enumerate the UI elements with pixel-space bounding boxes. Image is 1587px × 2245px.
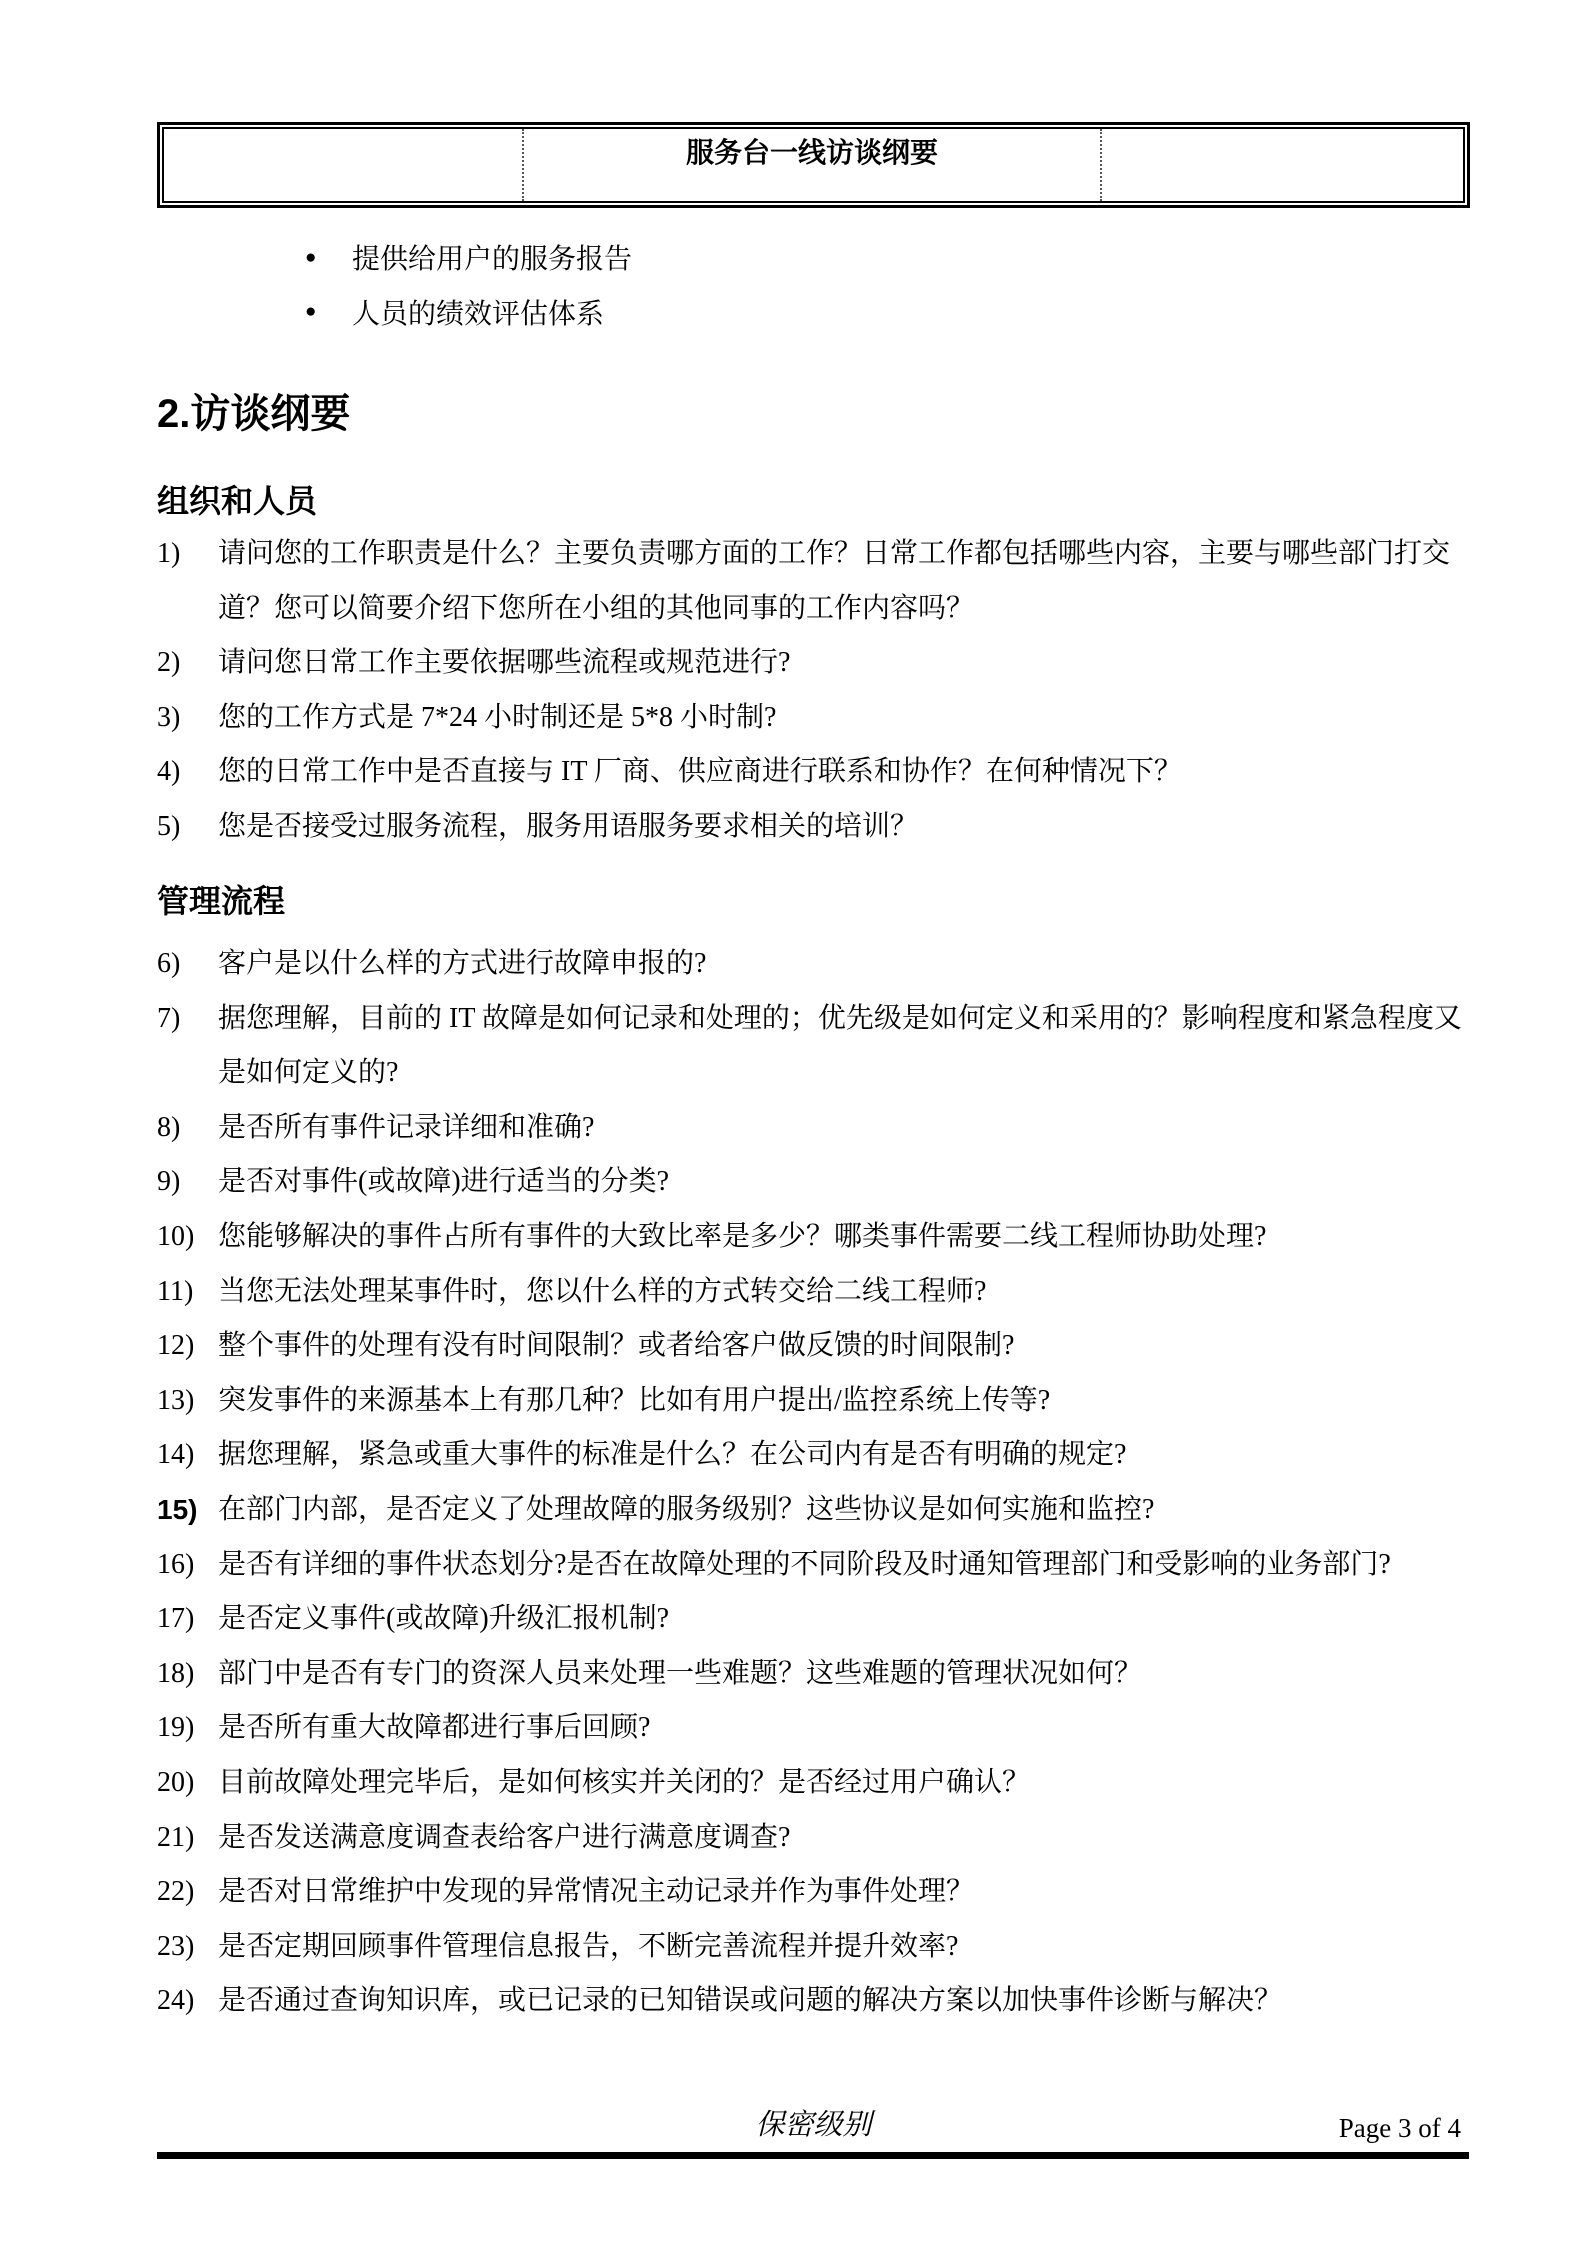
question-text: 在部门内部，是否定义了处理故障的服务级别？这些协议是如何实施和监控?	[218, 1483, 1470, 1538]
question-text: 当您无法处理某事件时，您以什么样的方式转交给二线工程师?	[218, 1265, 1470, 1320]
question-text: 是否定期回顾事件管理信息报告，不断完善流程并提升效率?	[218, 1920, 1470, 1975]
question-item: 11)当您无法处理某事件时，您以什么样的方式转交给二线工程师?	[157, 1265, 1470, 1320]
footer-page-number: Page 3 of 4	[1339, 2114, 1461, 2144]
header-cell-center: 服务台一线访谈纲要	[522, 129, 1102, 201]
question-number: 24)	[157, 1974, 218, 2029]
question-number: 22)	[157, 1865, 218, 1920]
question-item: 14)据您理解，紧急或重大事件的标准是什么？在公司内有是否有明确的规定?	[157, 1428, 1470, 1483]
main-heading: 2.访谈纲要	[157, 392, 350, 436]
subsection-heading-organization: 组织和人员	[157, 484, 317, 519]
question-list-process: 6)客户是以什么样的方式进行故障申报的?7)据您理解，目前的 IT 故障是如何记…	[157, 937, 1470, 2029]
header-table: 服务台一线访谈纲要	[157, 122, 1470, 208]
question-item: 3)您的工作方式是 7*24 小时制还是 5*8 小时制?	[157, 691, 1470, 746]
question-text: 客户是以什么样的方式进行故障申报的?	[218, 937, 1470, 992]
question-number: 3)	[157, 691, 218, 746]
question-item: 6)客户是以什么样的方式进行故障申报的?	[157, 937, 1470, 992]
question-item: 10)您能够解决的事件占所有事件的大致比率是多少？哪类事件需要二线工程师协助处理…	[157, 1210, 1470, 1265]
document-title: 服务台一线访谈纲要	[524, 129, 1100, 169]
bullet-list: ●提供给用户的服务报告●人员的绩效评估体系	[305, 230, 632, 339]
question-item: 9)是否对事件(或故障)进行适当的分类?	[157, 1155, 1470, 1210]
question-text: 是否有详细的事件状态划分?是否在故障处理的不同阶段及时通知管理部门和受影响的业务…	[218, 1538, 1470, 1593]
question-number: 20)	[157, 1756, 218, 1811]
question-text: 是否所有重大故障都进行事后回顾?	[218, 1701, 1470, 1756]
question-number: 23)	[157, 1920, 218, 1975]
bullet-icon: ●	[305, 302, 352, 321]
question-text: 您的日常工作中是否直接与 IT 厂商、供应商进行联系和协作？在何种情况下？	[218, 745, 1470, 800]
question-item: 17)是否定义事件(或故障)升级汇报机制?	[157, 1592, 1470, 1647]
question-text: 您是否接受过服务流程，服务用语服务要求相关的培训？	[218, 800, 1470, 855]
question-item: 4)您的日常工作中是否直接与 IT 厂商、供应商进行联系和协作？在何种情况下？	[157, 745, 1470, 800]
header-table-inner: 服务台一线访谈纲要	[162, 127, 1465, 203]
header-cell-right	[1102, 129, 1463, 201]
subsection-heading-process: 管理流程	[157, 884, 285, 919]
question-text: 部门中是否有专门的资深人员来处理一些难题？这些难题的管理状况如何？	[218, 1647, 1470, 1702]
question-text: 目前故障处理完毕后，是如何核实并关闭的？是否经过用户确认？	[218, 1756, 1470, 1811]
question-text: 您的工作方式是 7*24 小时制还是 5*8 小时制?	[218, 691, 1470, 746]
footer-rule	[157, 2152, 1469, 2159]
bullet-item: ●人员的绩效评估体系	[305, 285, 632, 340]
question-item: 1)请问您的工作职责是什么？主要负责哪方面的工作？日常工作都包括哪些内容，主要与…	[157, 527, 1470, 636]
question-text: 请问您日常工作主要依据哪些流程或规范进行?	[218, 636, 1470, 691]
question-number: 4)	[157, 745, 218, 800]
question-item: 21)是否发送满意度调查表给客户进行满意度调查?	[157, 1811, 1470, 1866]
question-text: 是否通过查询知识库，或已记录的已知错误或问题的解决方案以加快事件诊断与解决？	[218, 1974, 1470, 2029]
question-number: 1)	[157, 527, 218, 582]
question-item: 2)请问您日常工作主要依据哪些流程或规范进行?	[157, 636, 1470, 691]
footer-classification: 保密级别	[157, 2110, 1470, 2142]
question-item: 15)在部门内部，是否定义了处理故障的服务级别？这些协议是如何实施和监控?	[157, 1483, 1470, 1538]
bullet-text: 提供给用户的服务报告	[352, 237, 632, 277]
question-text: 是否发送满意度调查表给客户进行满意度调查?	[218, 1811, 1470, 1866]
question-text: 请问您的工作职责是什么？主要负责哪方面的工作？日常工作都包括哪些内容，主要与哪些…	[218, 527, 1470, 636]
question-number: 12)	[157, 1319, 218, 1374]
question-number: 5)	[157, 800, 218, 855]
question-item: 24)是否通过查询知识库，或已记录的已知错误或问题的解决方案以加快事件诊断与解决…	[157, 1974, 1470, 2029]
question-number: 8)	[157, 1101, 218, 1156]
question-item: 20)目前故障处理完毕后，是如何核实并关闭的？是否经过用户确认？	[157, 1756, 1470, 1811]
bullet-icon: ●	[305, 248, 352, 267]
question-text: 据您理解，目前的 IT 故障是如何记录和处理的；优先级是如何定义和采用的？影响程…	[218, 992, 1470, 1101]
question-number: 11)	[157, 1265, 218, 1320]
question-text: 整个事件的处理有没有时间限制？或者给客户做反馈的时间限制?	[218, 1319, 1470, 1374]
question-number: 16)	[157, 1538, 218, 1593]
question-item: 5)您是否接受过服务流程，服务用语服务要求相关的培训？	[157, 800, 1470, 855]
question-text: 是否对日常维护中发现的异常情况主动记录并作为事件处理？	[218, 1865, 1470, 1920]
question-number: 2)	[157, 636, 218, 691]
question-item: 13)突发事件的来源基本上有那几种？比如有用户提出/监控系统上传等?	[157, 1374, 1470, 1429]
question-number: 15)	[157, 1483, 218, 1538]
question-item: 18)部门中是否有专门的资深人员来处理一些难题？这些难题的管理状况如何？	[157, 1647, 1470, 1702]
question-item: 19)是否所有重大故障都进行事后回顾?	[157, 1701, 1470, 1756]
question-item: 22)是否对日常维护中发现的异常情况主动记录并作为事件处理？	[157, 1865, 1470, 1920]
question-number: 18)	[157, 1647, 218, 1702]
question-item: 8)是否所有事件记录详细和准确?	[157, 1101, 1470, 1156]
question-item: 7)据您理解，目前的 IT 故障是如何记录和处理的；优先级是如何定义和采用的？影…	[157, 992, 1470, 1101]
question-number: 10)	[157, 1210, 218, 1265]
question-item: 16)是否有详细的事件状态划分?是否在故障处理的不同阶段及时通知管理部门和受影响…	[157, 1538, 1470, 1593]
question-number: 6)	[157, 937, 218, 992]
header-cell-left	[164, 129, 522, 201]
question-number: 9)	[157, 1155, 218, 1210]
bullet-text: 人员的绩效评估体系	[352, 292, 604, 332]
bullet-item: ●提供给用户的服务报告	[305, 230, 632, 285]
question-list-organization: 1)请问您的工作职责是什么？主要负责哪方面的工作？日常工作都包括哪些内容，主要与…	[157, 527, 1470, 855]
question-text: 是否对事件(或故障)进行适当的分类?	[218, 1155, 1470, 1210]
question-item: 23)是否定期回顾事件管理信息报告，不断完善流程并提升效率?	[157, 1920, 1470, 1975]
document-page: 服务台一线访谈纲要 ●提供给用户的服务报告●人员的绩效评估体系 2.访谈纲要 组…	[0, 0, 1587, 2245]
question-number: 14)	[157, 1428, 218, 1483]
question-text: 据您理解，紧急或重大事件的标准是什么？在公司内有是否有明确的规定?	[218, 1428, 1470, 1483]
question-number: 7)	[157, 992, 218, 1047]
question-number: 13)	[157, 1374, 218, 1429]
question-number: 21)	[157, 1811, 218, 1866]
question-text: 是否所有事件记录详细和准确?	[218, 1101, 1470, 1156]
question-text: 突发事件的来源基本上有那几种？比如有用户提出/监控系统上传等?	[218, 1374, 1470, 1429]
question-number: 17)	[157, 1592, 218, 1647]
question-item: 12)整个事件的处理有没有时间限制？或者给客户做反馈的时间限制?	[157, 1319, 1470, 1374]
question-text: 是否定义事件(或故障)升级汇报机制?	[218, 1592, 1470, 1647]
question-text: 您能够解决的事件占所有事件的大致比率是多少？哪类事件需要二线工程师协助处理?	[218, 1210, 1470, 1265]
question-number: 19)	[157, 1701, 218, 1756]
